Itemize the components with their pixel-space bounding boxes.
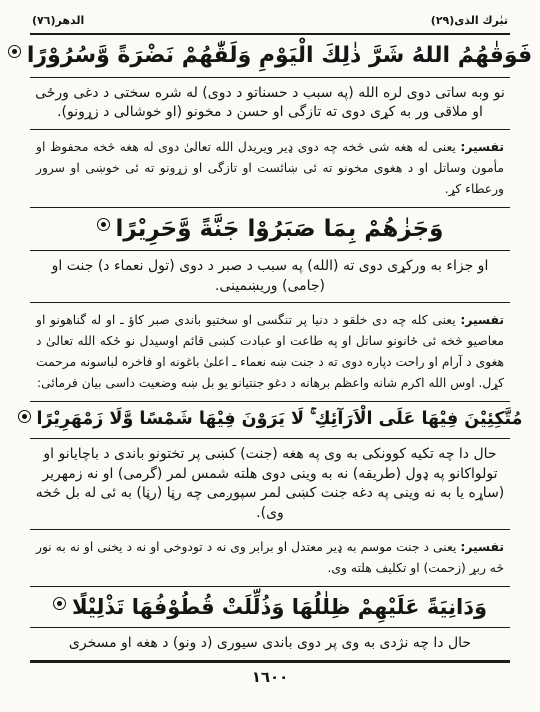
ayah-end-ornament-icon — [18, 410, 31, 423]
ayah-end-ornament-icon — [8, 45, 21, 58]
verse-arabic-1: فَوَقٰهُمُ اللهُ شَرَّ ذٰلِكَ الْيَوْمِ … — [30, 35, 510, 77]
verse-text: وَدَانِيَةً عَلَيْهِمْ ظِلٰلُهَا وَذُلِّ… — [72, 594, 487, 620]
header-surah-right: تبٰرك الذى(٢٩) — [431, 14, 508, 27]
ayah-end-ornament-icon — [53, 597, 66, 610]
verse-arabic-3: مُتَّكِئِيْنَ فِيْهَا عَلَى الْاَرَآئِكِ… — [30, 402, 510, 438]
tafsir-label: تفسير: — [460, 540, 504, 554]
page-header: تبٰرك الذى(٢٩) الدهر(٧٦) — [30, 12, 510, 33]
translation-2: او جزاء به وركړى دوى ته (الله) په سبب د … — [34, 257, 506, 296]
verse-text: مُتَّكِئِيْنَ فِيْهَا عَلَى الْاَرَآئِكِ… — [37, 409, 523, 431]
tafsir-1: تفسير: يعنى له هغه شى څخه چه دوى ډير وير… — [36, 137, 504, 200]
tafsir-label: تفسير: — [460, 313, 504, 327]
tafsir-label: تفسير: — [460, 140, 504, 154]
page-number: ١٦٠٠ — [30, 668, 510, 686]
tafsir-2: تفسير: يعنى كله چه دى خلقو د دنيا پر تنگ… — [36, 310, 504, 394]
tafsir-text: يعنى له هغه شى څخه چه دوى ډير ويريدل الل… — [36, 140, 504, 196]
ayah-end-ornament-icon — [97, 218, 110, 231]
verse-arabic-4: وَدَانِيَةً عَلَيْهِمْ ظِلٰلُهَا وَذُلِّ… — [30, 587, 510, 627]
translation-4-partial: حال دا چه نژدى به وى پر دوى باندى سيورى … — [32, 634, 508, 654]
verse-arabic-2: وَجَزٰهُمْ بِمَا صَبَرُوْا جَنَّةً وَّحَ… — [30, 208, 510, 251]
translation-1: نو وبه ساتى دوى لره الله (په سبب د حسنات… — [34, 84, 506, 123]
verse-text: فَوَقٰهُمُ اللهُ شَرَّ ذٰلِكَ الْيَوْمِ … — [27, 42, 532, 70]
translation-3: حال دا چه تكيه كوونكى به وى په هغه (جنت)… — [34, 445, 506, 523]
section-divider — [30, 529, 510, 530]
section-divider — [30, 250, 510, 251]
book-page: تبٰرك الذى(٢٩) الدهر(٧٦) فَوَقٰهُمُ الله… — [0, 0, 540, 712]
section-divider — [30, 129, 510, 130]
header-surah-left: الدهر(٧٦) — [32, 14, 84, 27]
footer-divider — [30, 660, 510, 663]
tafsir-text: يعنى كله چه دى خلقو د دنيا پر تنگسى او س… — [36, 313, 504, 390]
section-divider — [30, 77, 510, 78]
verse-text: وَجَزٰهُمْ بِمَا صَبَرُوْا جَنَّةً وَّحَ… — [116, 215, 444, 244]
tafsir-text: يعنى د جنت موسم به ډير معتدل او برابر وى… — [36, 540, 504, 575]
section-divider — [30, 627, 510, 628]
section-divider — [30, 438, 510, 439]
section-divider — [30, 302, 510, 303]
tafsir-3: تفسير: يعنى د جنت موسم به ډير معتدل او ب… — [36, 537, 504, 579]
